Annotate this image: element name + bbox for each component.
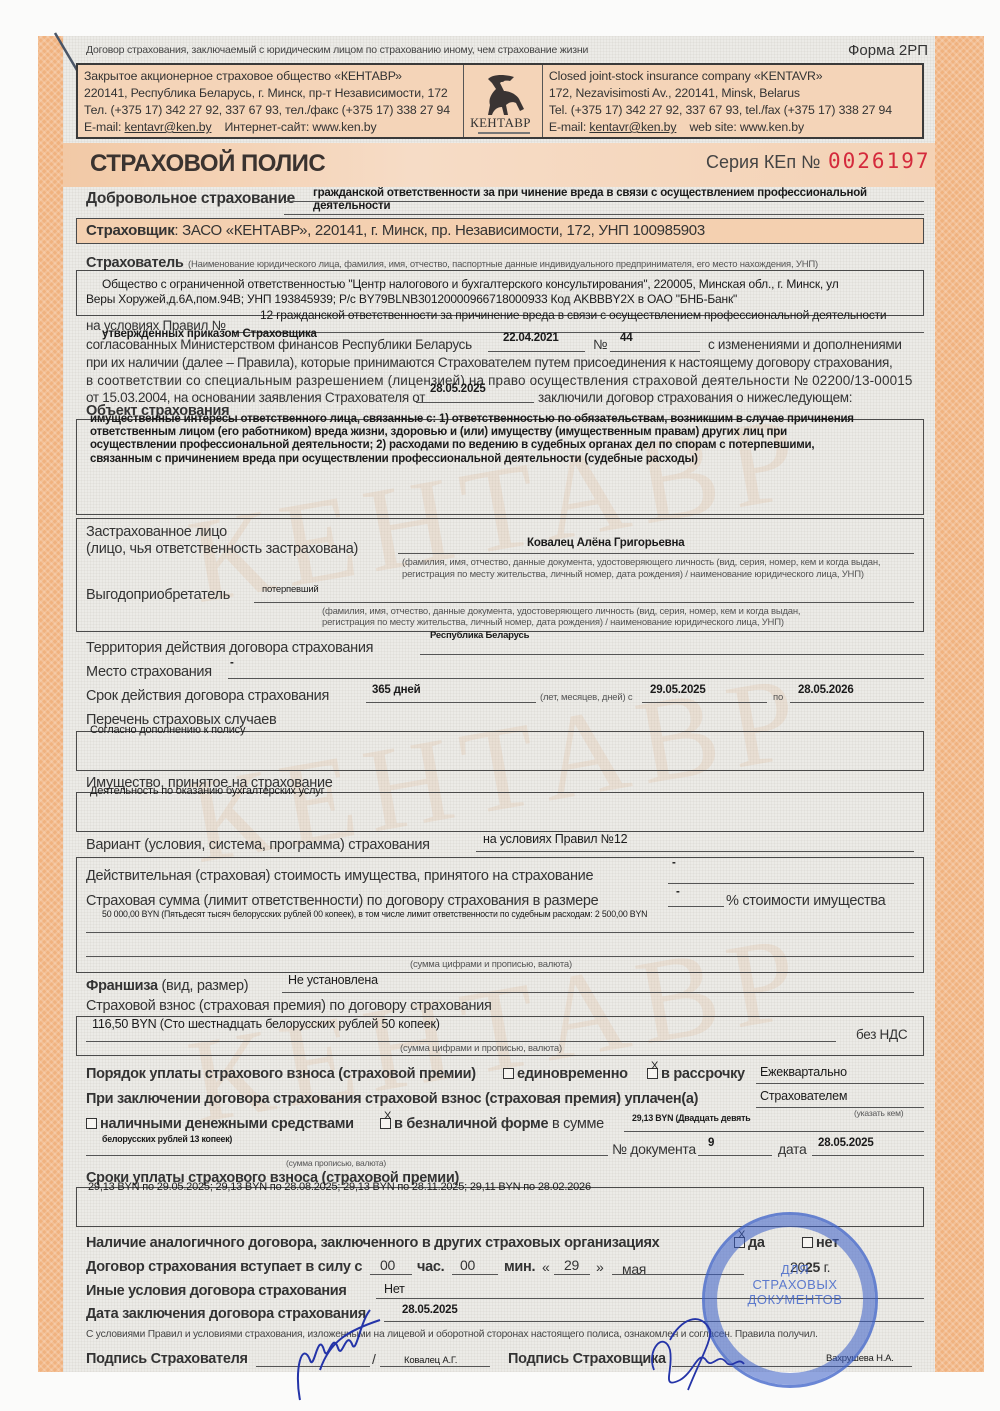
insured-value: Ковалец Алёна Григорьевна bbox=[527, 537, 684, 549]
quote-close: » bbox=[596, 1259, 604, 1275]
stamp-text: ДЛЯ СТРАХОВЫХ ДОКУМЕНТОВ bbox=[745, 1262, 845, 1307]
effective-minutes: 00 bbox=[460, 1257, 475, 1273]
company-logo: КЕНТАВР bbox=[463, 65, 543, 137]
series-label: Серия КЕп № bbox=[706, 152, 820, 173]
property-box bbox=[76, 792, 924, 832]
field-line bbox=[812, 1155, 924, 1156]
installments-label: в рассрочку bbox=[661, 1066, 745, 1082]
email-link[interactable]: kentavr@ken.by bbox=[125, 120, 212, 134]
rules-line4: в соответствии со специальным разрешение… bbox=[86, 373, 913, 388]
paid-by-hint: (указать кем) bbox=[854, 1108, 903, 1118]
sum-insured-label: Страховая сумма (лимит ответственности) … bbox=[86, 893, 598, 909]
sum-percent-suffix: % стоимости имущества bbox=[726, 893, 885, 909]
field-line bbox=[624, 1131, 924, 1132]
field-line bbox=[86, 932, 914, 933]
email-label: E-mail: bbox=[549, 120, 586, 134]
logo-underline bbox=[478, 132, 530, 134]
quote-open: « bbox=[542, 1259, 550, 1275]
policy-title: СТРАХОВОЙ ПОЛИС bbox=[90, 150, 325, 178]
changes-text: с изменениями и дополнениями bbox=[708, 337, 902, 352]
object-line: осуществлении профессиональной деятельно… bbox=[90, 439, 854, 452]
beneficiary-hint-line1: (фамилия, имя, отчество, данные документ… bbox=[322, 606, 800, 617]
paid-sum-hint: (сумма прописью, валюта) bbox=[286, 1158, 386, 1168]
sum-insured-value: 50 000,00 BYN (Пятьдесят тысяч белорусск… bbox=[102, 909, 647, 919]
rules-line3: при их наличии (далее – Правила), которы… bbox=[86, 355, 893, 370]
field-line bbox=[790, 702, 924, 703]
premium-label: Страховой взнос (страховая премия) по до… bbox=[86, 998, 492, 1014]
field-line bbox=[642, 702, 767, 703]
field-line bbox=[398, 553, 914, 554]
deductible-label-rest: (вид, размер) bbox=[158, 978, 249, 994]
stamp-line: ДОКУМЕНТОВ bbox=[745, 1292, 845, 1307]
checkbox-cash[interactable] bbox=[86, 1118, 97, 1129]
term-value: 365 дней bbox=[372, 684, 421, 696]
object-line: связанным с причинением вреда при осущес… bbox=[90, 453, 854, 466]
payment-once-option[interactable]: единовременно bbox=[503, 1066, 628, 1082]
field-line bbox=[756, 1083, 924, 1084]
field-line bbox=[476, 851, 914, 852]
cases-value: Согласно дополнению к полису bbox=[90, 724, 245, 736]
field-line bbox=[284, 214, 924, 215]
serial-number: 0026197 bbox=[828, 149, 931, 173]
payment-order-label: Порядок уплаты страхового взноса (страхо… bbox=[86, 1066, 476, 1082]
field-line bbox=[228, 678, 924, 679]
field-line bbox=[370, 1274, 412, 1275]
actual-value: - bbox=[672, 857, 676, 869]
application-date: 28.05.2025 bbox=[430, 383, 486, 395]
cases-box bbox=[76, 731, 924, 771]
agreed-date: 22.04.2021 bbox=[503, 332, 559, 344]
conclusion-date-label: Дата заключения договора страхования bbox=[86, 1306, 366, 1322]
company-info-en: Closed joint-stock insurance company «KE… bbox=[543, 65, 922, 137]
field-line bbox=[86, 956, 914, 957]
paid-sum-line1: 29,13 BYN (Двадцать девять bbox=[632, 1113, 750, 1123]
sum-percent-value: - bbox=[676, 886, 680, 898]
doc-label: № документа bbox=[612, 1141, 696, 1157]
field-line bbox=[86, 1041, 836, 1042]
signature-slash: / bbox=[372, 1351, 376, 1367]
insured-label-line2: (лицо, чья ответственность застрахована) bbox=[86, 541, 358, 557]
field-line bbox=[416, 402, 534, 403]
field-line bbox=[86, 1155, 608, 1156]
number-label: № bbox=[593, 337, 607, 352]
field-line bbox=[284, 201, 924, 202]
property-value: Деятельность по оказанию бухгалтерских у… bbox=[90, 785, 324, 797]
field-line bbox=[668, 906, 724, 907]
insurer-signature-label: Подпись Страховщика bbox=[508, 1351, 666, 1367]
premium-hint: (сумма цифрами и прописью, валюта) bbox=[400, 1043, 562, 1054]
checkbox-once[interactable] bbox=[503, 1068, 514, 1079]
voluntary-label: Добровольное страхование bbox=[86, 190, 295, 208]
place-label: Место страхования bbox=[86, 664, 212, 680]
payment-date: 28.05.2025 bbox=[818, 1137, 874, 1149]
field-line bbox=[282, 992, 914, 993]
premium-value: 116,50 BYN (Сто шестнадцать белорусских … bbox=[92, 1017, 440, 1031]
cash-label: наличными денежными средствами bbox=[100, 1116, 354, 1132]
beneficiary-label: Выгодоприобретатель bbox=[86, 587, 230, 603]
rules-value: 12 гражданской ответственности за причин… bbox=[260, 308, 886, 322]
term-to: 28.05.2026 bbox=[798, 684, 854, 696]
signature-line bbox=[256, 1366, 370, 1367]
effective-label: Договор страхования вступает в силу с bbox=[86, 1259, 362, 1275]
paid-by-label: При заключении договора страхования стра… bbox=[86, 1091, 698, 1107]
similar-contract-label: Наличие аналогичного договора, заключенн… bbox=[86, 1235, 659, 1251]
cashless-option[interactable]: в безналичной форме в сумме bbox=[380, 1116, 604, 1132]
email-label: E-mail: bbox=[84, 120, 121, 134]
deductible-label: Франшиза (вид, размер) bbox=[86, 978, 248, 994]
insurer-field: Страховщик: ЗАСО «КЕНТАВР», 220141, г. М… bbox=[86, 222, 705, 239]
company-address-ru: 220141, Республика Беларусь, г. Минск, п… bbox=[84, 85, 463, 102]
other-terms-label: Иные условия договора страхования bbox=[86, 1283, 347, 1299]
stamp-line: ДЛЯ bbox=[745, 1262, 845, 1277]
field-line bbox=[420, 654, 924, 655]
rules-number: 44 bbox=[620, 332, 632, 344]
field-line bbox=[452, 1274, 498, 1275]
holder-name: Ковалец А.Г. bbox=[404, 1355, 457, 1366]
field-line bbox=[698, 1155, 772, 1156]
company-phones-en: Tel. (+375 17) 342 27 92, 337 67 93, tel… bbox=[549, 102, 922, 119]
company-header: Закрытое акционерное страховое общество … bbox=[76, 63, 924, 139]
company-info-ru: Закрытое акционерное страховое общество … bbox=[78, 65, 463, 137]
holder-signature-label: Подпись Страхователя bbox=[86, 1351, 248, 1367]
checkbox-cashless[interactable] bbox=[380, 1118, 391, 1129]
territory-label: Территория действия договора страхования bbox=[86, 640, 373, 656]
hours-label: час. bbox=[417, 1259, 444, 1275]
term-label: Срок действия договора страхования bbox=[86, 688, 329, 704]
variant-value: на условиях Правил №12 bbox=[483, 832, 627, 846]
other-terms-value: Нет bbox=[384, 1282, 405, 1296]
centaur-logo-icon bbox=[478, 71, 528, 117]
signature-line bbox=[380, 1366, 490, 1367]
company-name-ru: Закрытое акционерное страховое общество … bbox=[84, 68, 463, 85]
stamp-line: СТРАХОВЫХ bbox=[745, 1277, 845, 1292]
payment-installments-option[interactable]: в рассрочку bbox=[647, 1066, 745, 1082]
voluntary-value: гражданской ответственности за при чинен… bbox=[313, 187, 913, 213]
website-link[interactable]: Интернет-сайт: www.ken.by bbox=[225, 120, 377, 134]
policyholder-value-line2: Веры Хоружей,д.6А,пом.94В; УНП 193845939… bbox=[86, 292, 737, 306]
premium-vat: без НДС bbox=[856, 1027, 907, 1042]
schedule-value: 29,13 BYN по 29.05.2025; 29,13 BYN по 28… bbox=[88, 1181, 591, 1193]
company-name-en: Closed joint-stock insurance company «KE… bbox=[549, 68, 922, 85]
deductible-value: Не установлена bbox=[288, 973, 378, 987]
paid-sum-line2: белорусских рублей 13 копеек) bbox=[102, 1134, 232, 1144]
once-label: единовременно bbox=[517, 1066, 628, 1082]
field-line bbox=[366, 702, 536, 703]
territory-value: Республика Беларусь bbox=[430, 630, 529, 641]
minutes-label: мин. bbox=[504, 1259, 535, 1275]
rules-line5-suffix: заключили договор страхования о нижеслед… bbox=[538, 390, 852, 405]
website-link[interactable]: web site: www.ken.by bbox=[689, 120, 804, 134]
object-line: ответственным лицом (его работником) вре… bbox=[90, 426, 854, 439]
deductible-label-bold: Франшиза bbox=[86, 978, 158, 994]
form-id: Форма 2РП bbox=[848, 42, 928, 59]
term-units-hint: (лет, месяцев, дней) с bbox=[540, 692, 632, 703]
sum-prefix: в сумме bbox=[552, 1116, 604, 1132]
policyholder-label: Страхователь bbox=[86, 255, 184, 271]
email-link[interactable]: kentavr@ken.by bbox=[589, 120, 676, 134]
object-value: имущественные интересы ответственного ли… bbox=[90, 413, 854, 466]
field-line bbox=[668, 883, 914, 884]
field-line bbox=[610, 351, 700, 352]
object-line: имущественные интересы ответственного ли… bbox=[90, 413, 854, 426]
beneficiary-hint-line2: регистрация по месту жительства, личный … bbox=[322, 617, 784, 628]
term-from: 29.05.2025 bbox=[650, 684, 706, 696]
policyholder-value-line1: Общество с ограниченной ответственностью… bbox=[102, 277, 839, 291]
date-label: дата bbox=[778, 1141, 807, 1157]
effective-day: 29 bbox=[564, 1257, 579, 1273]
cashless-label: в безналичной форме bbox=[394, 1116, 548, 1132]
field-line bbox=[254, 602, 914, 603]
variant-label: Вариант (условия, система, программа) ст… bbox=[86, 837, 430, 853]
logo-text: КЕНТАВР bbox=[470, 115, 531, 131]
cash-option[interactable]: наличными денежными средствами bbox=[86, 1116, 354, 1132]
policyholder-hint: (Наименование юридического лица, фамилия… bbox=[188, 259, 818, 270]
sum-insured-hint: (сумма цифрами и прописью, валюта) bbox=[410, 959, 572, 970]
insured-hint-line1: (фамилия, имя, отчество, данные документ… bbox=[402, 557, 880, 568]
field-line bbox=[488, 351, 585, 352]
doc-value: 9 bbox=[708, 1137, 714, 1149]
checkbox-installments[interactable] bbox=[647, 1068, 658, 1079]
effective-hours: 00 bbox=[380, 1257, 395, 1273]
insured-hint-line2: регистрация по месту жительства, личный … bbox=[402, 569, 864, 580]
field-line bbox=[232, 332, 924, 333]
insurer-value: : ЗАСО «КЕНТАВР», 220141, г. Минск, пр. … bbox=[174, 222, 704, 239]
company-phones-ru: Тел. (+375 17) 342 27 92, 337 67 93, тел… bbox=[84, 102, 463, 119]
field-line bbox=[554, 1274, 590, 1275]
payment-frequency: Ежеквартально bbox=[760, 1065, 847, 1079]
term-to-label: по bbox=[773, 692, 783, 703]
agreed-text: согласованных Министерством финансов Рес… bbox=[86, 337, 472, 352]
insured-label-line1: Застрахованное лицо bbox=[86, 524, 227, 540]
beneficiary-value: потерпевший bbox=[262, 584, 319, 595]
company-address-en: 172, Nezavisimosti Av., 220141, Minsk, B… bbox=[549, 85, 922, 102]
actual-value-label: Действительная (страховая) стоимость иму… bbox=[86, 868, 593, 884]
conclusion-date-value: 28.05.2025 bbox=[402, 1304, 458, 1316]
contract-type-note: Договор страхования, заключаемый с юриди… bbox=[86, 44, 588, 56]
paid-by-value: Страхователем bbox=[760, 1089, 847, 1103]
place-value: - bbox=[230, 657, 234, 669]
insurer-label: Страховщик bbox=[86, 222, 174, 239]
